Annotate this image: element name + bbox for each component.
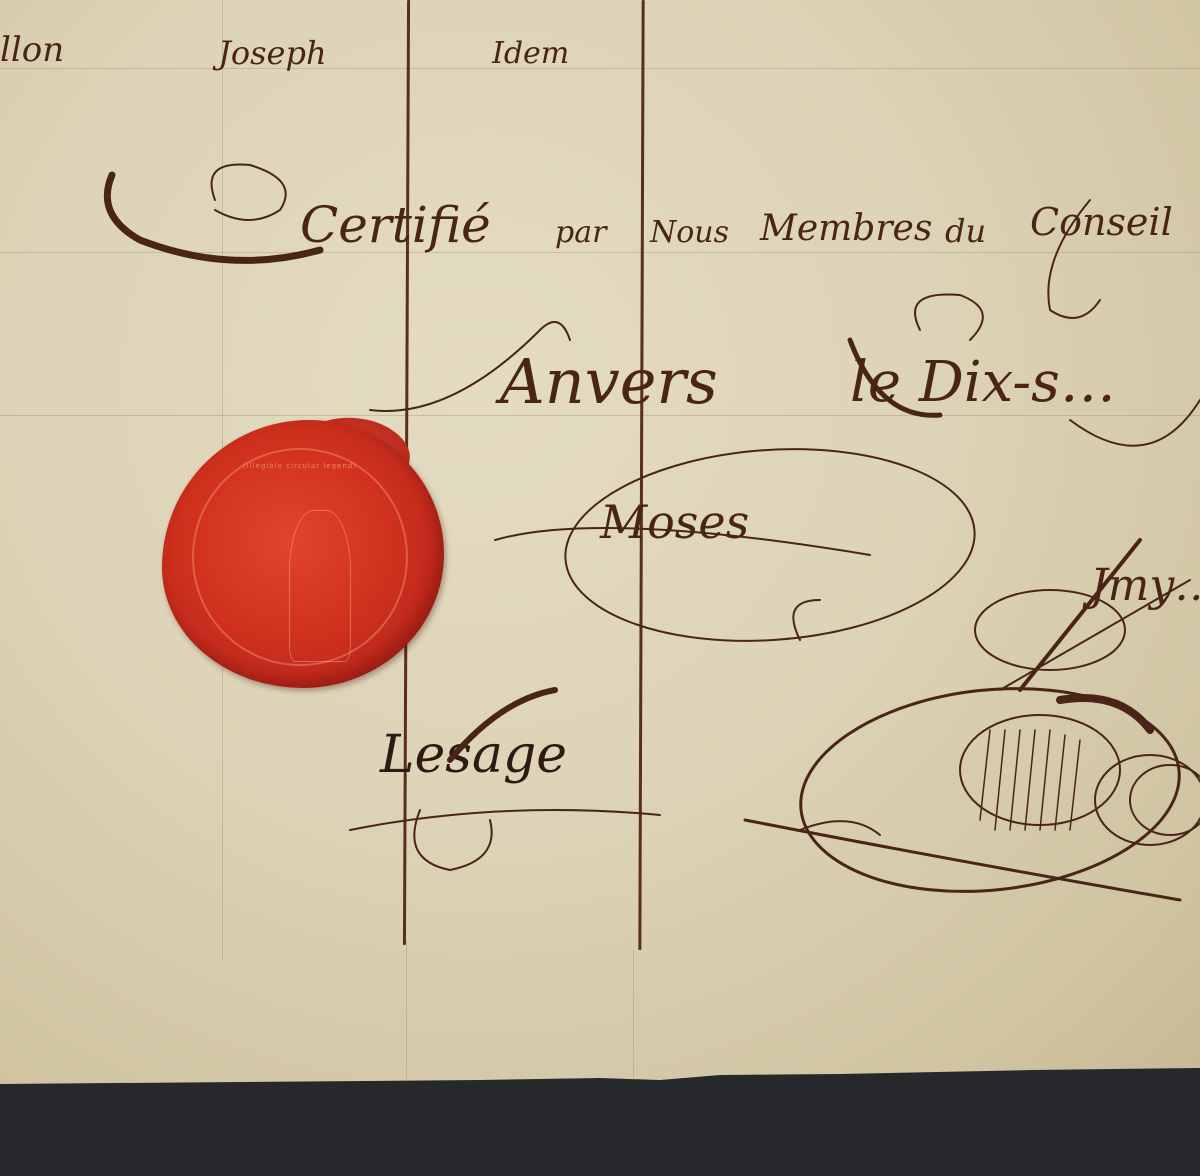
top-row-fragment: llon — [0, 30, 64, 70]
idem-entry: Idem — [492, 36, 569, 71]
dark-background — [0, 1084, 1200, 1176]
ruled-line — [0, 252, 1200, 253]
date-fragment: le Dix-s… — [850, 350, 1116, 415]
given-name: Joseph — [218, 34, 327, 72]
certification-membres: Membres — [760, 208, 932, 249]
ruled-line — [0, 68, 1200, 69]
faint-column-guide — [633, 950, 634, 1080]
certification-word: Certifié — [300, 196, 491, 254]
faint-column-guide — [406, 940, 407, 1080]
signature-right-edge: Jmy… — [1090, 560, 1200, 611]
seal-inscription: (illegible circular legend) — [243, 462, 357, 470]
certification-conseil: Conseil — [1030, 200, 1173, 244]
certification-nous: Nous — [650, 215, 729, 250]
signature-moses: Moses — [600, 495, 749, 549]
signature-lesage: Lesage — [380, 725, 567, 785]
certification-par: par — [555, 215, 606, 250]
place-name: Anvers — [500, 345, 718, 418]
certification-du: du — [945, 212, 986, 250]
seal-figure-icon — [289, 510, 351, 662]
seal-rim: (illegible circular legend) — [192, 448, 408, 666]
column-divider-right — [638, 0, 644, 950]
